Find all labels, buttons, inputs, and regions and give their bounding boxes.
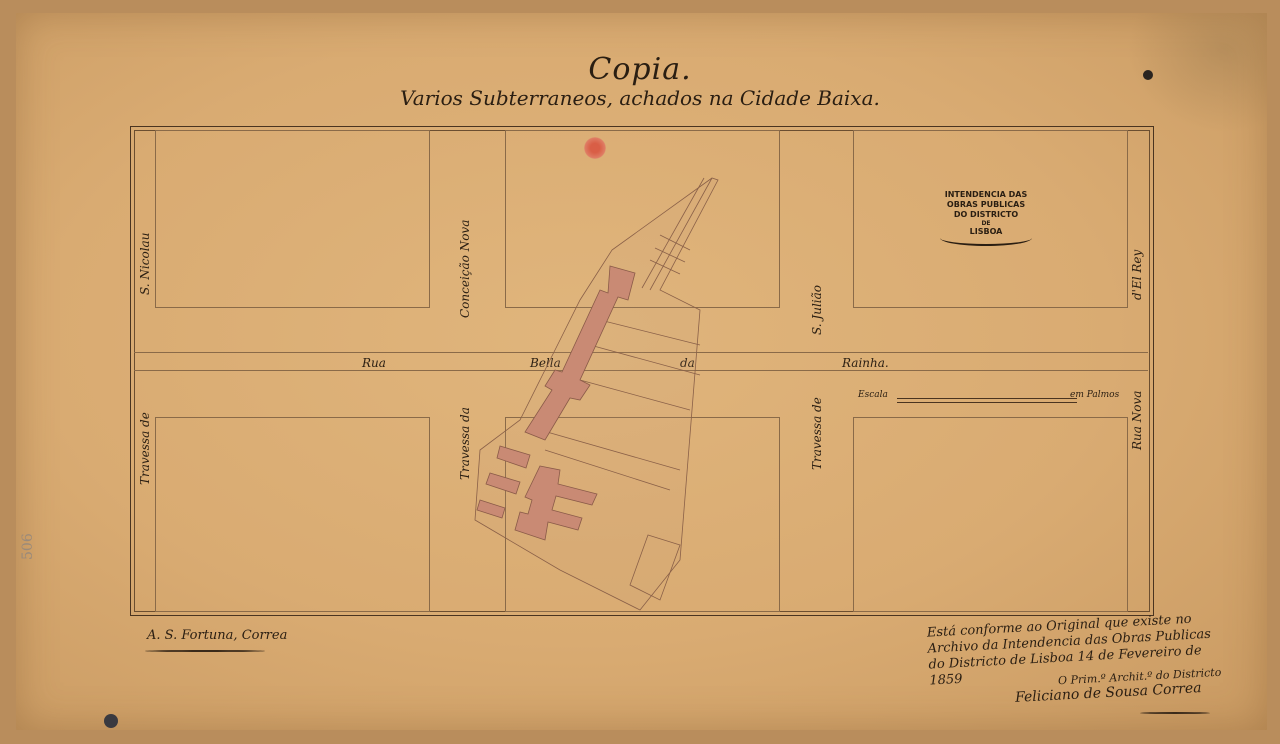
signature-flourish: [145, 650, 265, 652]
stamp-line: DE: [940, 220, 1032, 227]
stamp-line: DO DISTRICTO: [940, 210, 1032, 220]
draftsman-signature: A. S. Fortuna, Correa: [147, 628, 287, 643]
stamp-ornament-icon: [940, 230, 1032, 246]
scale-bar: [897, 398, 1077, 403]
signature-flourish: [1140, 712, 1210, 714]
stamp-line: INTENDENCIA DAS: [940, 190, 1032, 200]
red-wax-seal: [584, 137, 606, 159]
stamp-line: OBRAS PUBLICAS: [940, 200, 1032, 210]
scale-unit: em Palmos: [1070, 390, 1119, 400]
intendencia-stamp: INTENDENCIA DAS OBRAS PUBLICAS DO DISTRI…: [940, 190, 1032, 242]
scale-label: Escala: [858, 390, 888, 400]
